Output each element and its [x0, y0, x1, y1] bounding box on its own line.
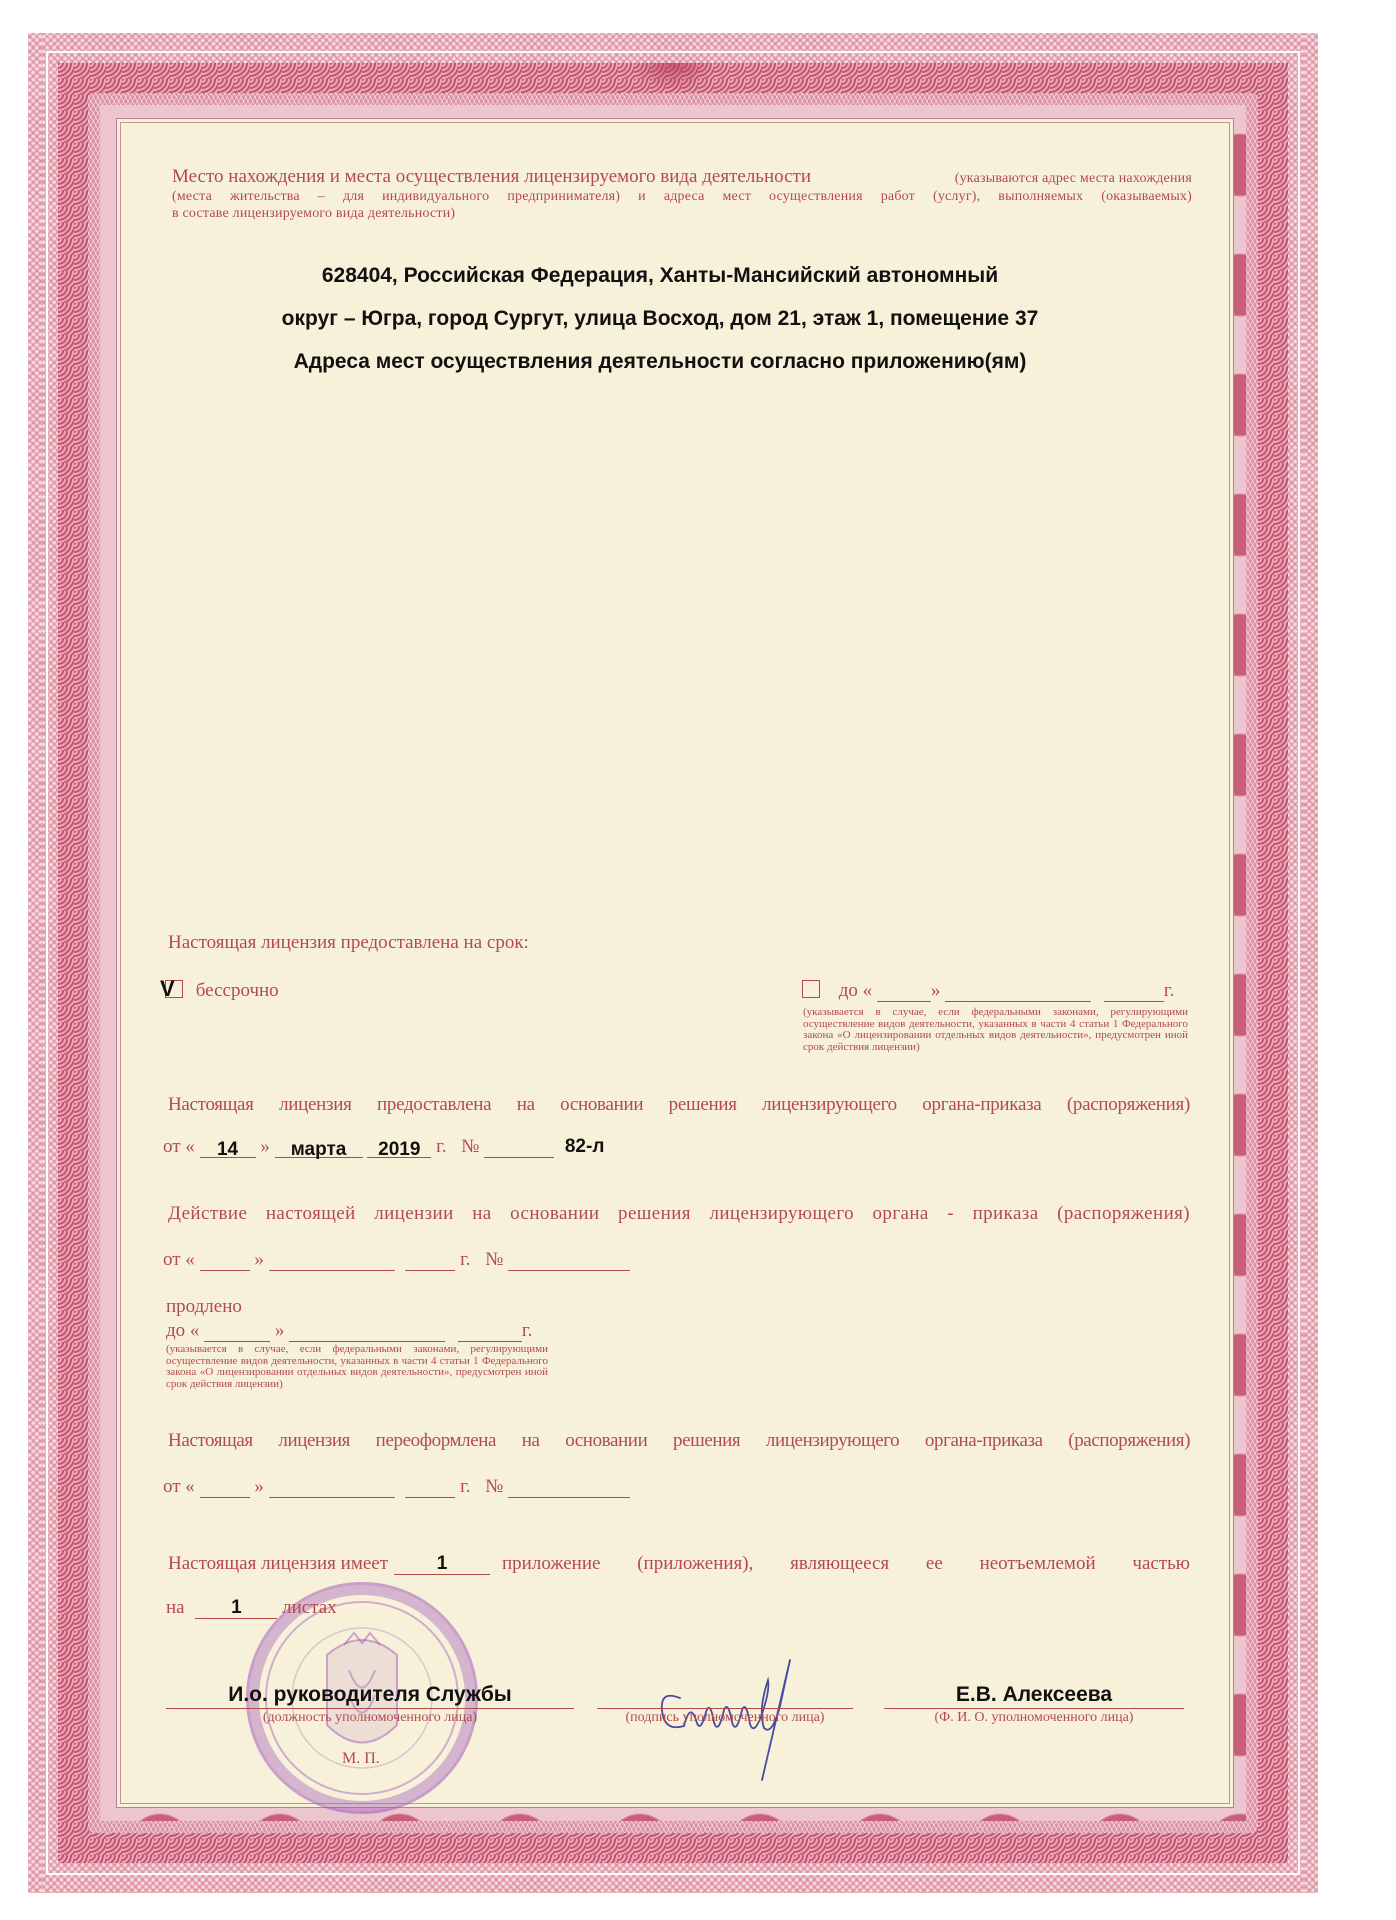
sheets-count[interactable]: 1	[195, 1600, 277, 1619]
sheets-suffix: листах	[282, 1597, 337, 1618]
address-line-1: 628404, Российская Федерация, Ханты-Манс…	[190, 262, 1130, 290]
extended-quote-close: »	[254, 1249, 264, 1270]
granted-from-prefix: от «	[163, 1136, 195, 1157]
extended-section-title: Действие настоящей лицензии на основании…	[168, 1203, 1190, 1225]
name-line	[884, 1708, 1184, 1709]
address-line-2: округ – Югра, город Сургут, улица Восход…	[190, 305, 1130, 333]
reissued-quote-close: »	[254, 1476, 264, 1497]
granted-month[interactable]: марта	[275, 1139, 363, 1158]
granted-number-label: №	[461, 1136, 479, 1157]
signature-line	[597, 1708, 853, 1709]
extended-until-day-blank[interactable]	[204, 1323, 270, 1342]
granted-section-title: Настоящая лицензия предоставлена на осно…	[168, 1094, 1190, 1116]
until-month-blank[interactable]	[945, 983, 1091, 1002]
appendix-row: Настоящая лицензия имеет 1 приложение (п…	[168, 1553, 1190, 1575]
extended-until-mid: »	[275, 1320, 285, 1341]
extended-day-blank[interactable]	[200, 1252, 250, 1271]
reissued-year-blank[interactable]	[405, 1479, 455, 1498]
until-suffix: г.	[1164, 980, 1174, 1001]
seal-label: М. П.	[342, 1750, 380, 1768]
reissued-year-suffix: г.	[460, 1476, 470, 1497]
location-note-line3: в составе лицензируемого вида деятельнос…	[172, 205, 1192, 222]
extended-number-label: №	[485, 1249, 503, 1270]
reissued-number-label: №	[485, 1476, 503, 1497]
signer-position: И.о. руководителя Службы	[166, 1683, 574, 1707]
reissued-month-blank[interactable]	[269, 1479, 395, 1498]
reissued-date-row: от « » г. №	[163, 1476, 630, 1498]
granted-number: 82-л	[565, 1136, 605, 1157]
until-note: (указывается в случае, если федеральными…	[803, 1007, 1188, 1053]
extended-date-row: от « » г. №	[163, 1249, 630, 1271]
extended-year-suffix: г.	[460, 1249, 470, 1270]
until-year-blank[interactable]	[1104, 983, 1164, 1002]
until-mid: »	[931, 980, 941, 1001]
extended-until-row: до « » г.	[166, 1320, 532, 1342]
appendix-count[interactable]: 1	[394, 1556, 490, 1575]
granted-quote-close: »	[260, 1136, 270, 1157]
extended-until-prefix: до «	[166, 1320, 199, 1341]
until-day-blank[interactable]	[877, 983, 931, 1002]
extended-note: (указывается в случае, если федеральными…	[166, 1344, 548, 1390]
until-checkbox[interactable]	[802, 980, 820, 998]
check-mark-icon: V	[160, 976, 175, 1002]
granted-day[interactable]: 14	[200, 1139, 256, 1158]
position-line	[166, 1708, 574, 1709]
granted-year[interactable]: 2019	[367, 1139, 431, 1158]
extended-label: продлено	[166, 1296, 242, 1318]
granted-number-blank[interactable]	[484, 1139, 554, 1158]
extended-from-prefix: от «	[163, 1249, 195, 1270]
indefinite-checkbox[interactable]: V	[165, 980, 183, 998]
indefinite-option[interactable]: V бессрочно	[165, 980, 279, 1002]
signature-caption: (подпись уполномоченного лица)	[597, 1710, 853, 1726]
appendix-suffix: приложение (приложения), являющееся ее н…	[502, 1553, 1190, 1575]
until-prefix: до «	[839, 980, 872, 1001]
location-section-header: Место нахождения и места осуществления л…	[172, 168, 1192, 222]
appendix-sheets-row: на 1 листах	[166, 1597, 337, 1619]
position-caption: (должность уполномоченного лица)	[166, 1710, 574, 1726]
extended-until-month-blank[interactable]	[289, 1323, 445, 1342]
location-note-line1: (указываются адрес места нахождения	[955, 170, 1192, 187]
appendix-prefix: Настоящая лицензия имеет	[168, 1553, 388, 1575]
sheets-prefix: на	[166, 1597, 185, 1618]
reissued-from-prefix: от «	[163, 1476, 195, 1497]
extended-year-blank[interactable]	[405, 1252, 455, 1271]
location-section-title: Место нахождения и места осуществления л…	[172, 168, 811, 185]
extended-number-blank[interactable]	[508, 1252, 630, 1271]
reissued-day-blank[interactable]	[200, 1479, 250, 1498]
extended-until-suffix: г.	[522, 1320, 532, 1341]
reissued-number-blank[interactable]	[508, 1479, 630, 1498]
extended-until-year-blank[interactable]	[458, 1323, 522, 1342]
until-option[interactable]: до « » г.	[802, 980, 1190, 1002]
address-line-3: Адреса мест осуществления деятельности с…	[190, 348, 1130, 376]
name-caption: (Ф. И. О. уполномоченного лица)	[884, 1710, 1184, 1726]
granted-year-suffix: г.	[436, 1136, 446, 1157]
location-note-line2: (места жительства – для индивидуального …	[172, 188, 1192, 205]
indefinite-label: бессрочно	[196, 980, 279, 1001]
reissued-section-title: Настоящая лицензия переоформлена на осно…	[168, 1430, 1190, 1452]
extended-month-blank[interactable]	[269, 1252, 395, 1271]
signer-name: Е.В. Алексеева	[884, 1683, 1184, 1707]
granted-date-row: от « 14 » марта 2019 г. № 82-л	[163, 1136, 604, 1158]
term-section-title: Настоящая лицензия предоставлена на срок…	[168, 932, 529, 954]
